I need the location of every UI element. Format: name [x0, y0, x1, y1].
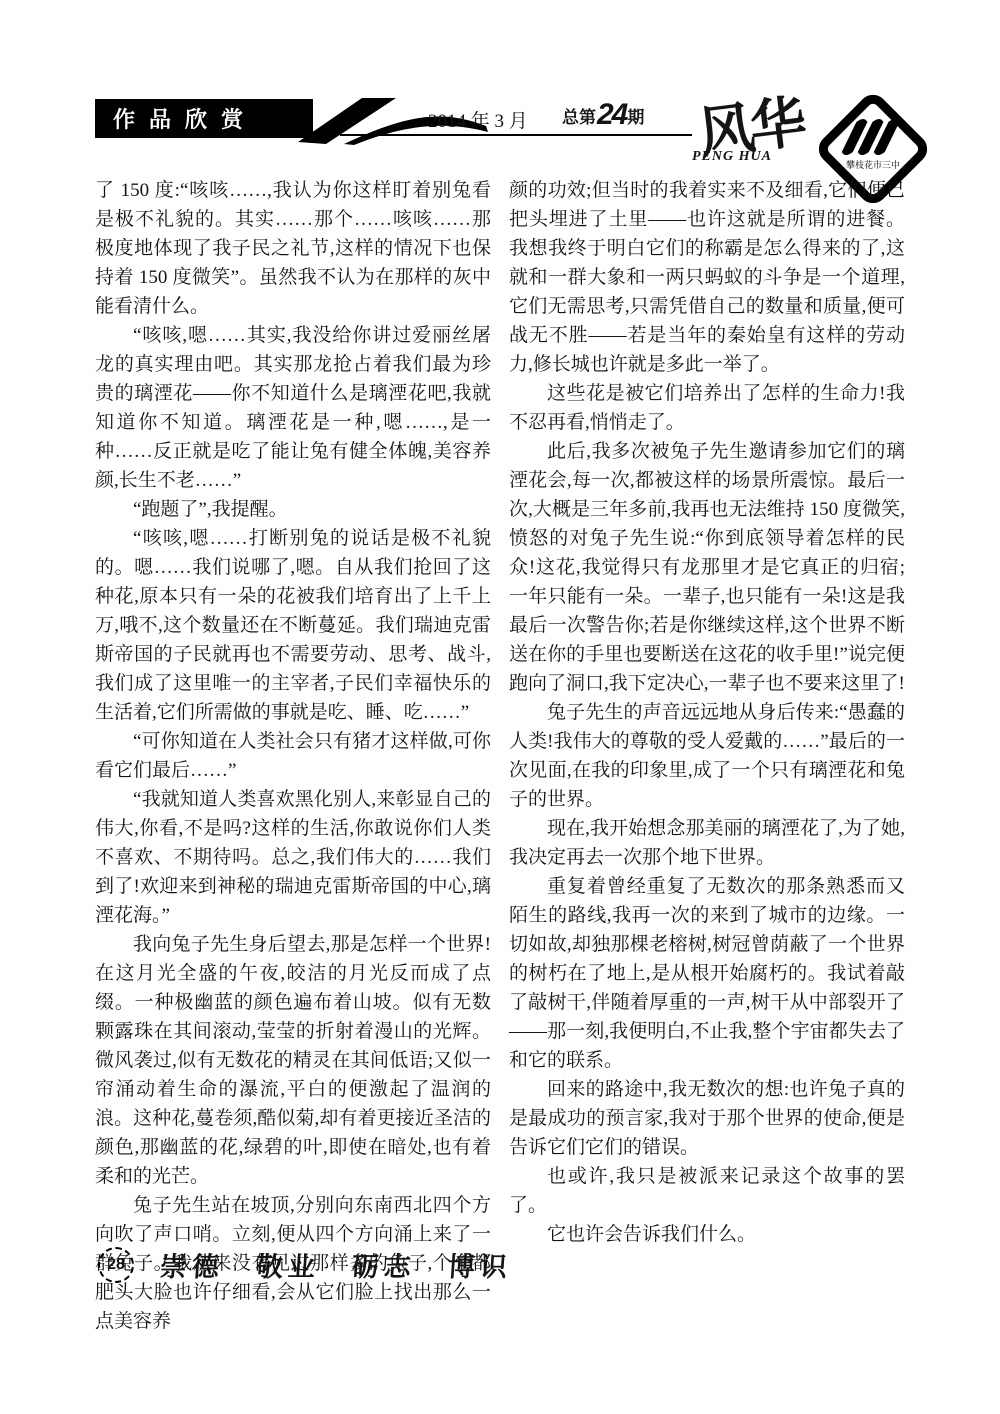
issue-number-group: 总第 24 期 [562, 98, 644, 132]
paragraph: “我就知道人类喜欢黑化别人,来彰显自己的伟大,你看,不是吗?这样的生活,你敢说你… [95, 785, 491, 930]
issue-suffix: 期 [627, 103, 644, 128]
issue-date: 2014 年 3 月 [428, 106, 528, 133]
magazine-page: 作品欣赏 2014 年 3 月 总第 24 期 风华 PENG HUA 攀枝花市… [0, 0, 1000, 1414]
right-column: 颜的功效;但当时的我着实来不及细看,它们便已把头埋进了土里——也许这就是所谓的进… [509, 176, 905, 1336]
page-footer: 28 崇德 敬业 砺志 博识 [98, 1245, 512, 1284]
paragraph: 了 150 度:“咳咳……,我认为你这样盯着别兔看是极不礼貌的。其实……那个……… [95, 176, 491, 321]
issue-prefix: 总第 [562, 103, 596, 128]
paragraph: 此后,我多次被兔子先生邀请参加它们的璃湮花会,每一次,都被这样的场景所震惊。最后… [509, 437, 905, 698]
paragraph: 现在,我开始想念那美丽的璃湮花了,为了她,我决定再去一次那个地下世界。 [509, 814, 905, 872]
paragraph: 也或许,我只是被派来记录这个故事的罢了。 [509, 1162, 905, 1220]
paragraph: “咳咳,嗯……打断别兔的说话是极不礼貌的。嗯……我们说哪了,嗯。自从我们抢回了这… [95, 524, 491, 727]
magazine-logo-pinyin: PENG HUA [692, 149, 772, 165]
issue-number: 24 [597, 98, 626, 132]
paragraph: “咳咳,嗯……其实,我没给你讲过爱丽丝屠龙的真实理由吧。其实那龙抢占着我们最为珍… [95, 321, 491, 495]
paragraph: 它也许会告诉我们什么。 [509, 1220, 905, 1249]
paragraph: 兔子先生的声音远远地从身后传来:“愚蠢的人类!我伟大的尊敬的受人爱戴的……”最后… [509, 698, 905, 814]
section-title: 作品欣赏 [113, 103, 257, 134]
left-column: 了 150 度:“咳咳……,我认为你这样盯着别兔看是极不礼貌的。其实……那个……… [95, 176, 491, 1336]
motto-word: 砺志 [351, 1245, 418, 1284]
school-name: 攀枝花市三中 [846, 159, 900, 170]
paragraph: 重复着曾经重复了无数次的那条熟悉而又陌生的路线,我再一次的来到了城市的边缘。一切… [509, 872, 905, 1075]
motto-word: 崇德 [159, 1245, 226, 1284]
motto-word: 敬业 [255, 1245, 322, 1284]
paragraph: 我向兔子先生身后望去,那是怎样一个世界!在这月光全盛的午夜,皎洁的月光反而成了点… [95, 930, 491, 1191]
paragraph: “可你知道在人类社会只有猪才这样做,可你看它们最后……” [95, 727, 491, 785]
page-number: 28 [107, 1256, 125, 1274]
motto-word: 博识 [447, 1245, 514, 1284]
section-title-banner: 作品欣赏 [95, 99, 313, 138]
page-number-badge: 28 [98, 1247, 134, 1283]
paragraph: 回来的路途中,我无数次的想:也许兔子真的是最成功的预言家,我对于那个世界的使命,… [509, 1075, 905, 1162]
paragraph: 这些花是被它们培养出了怎样的生命力!我不忍再看,悄悄走了。 [509, 379, 905, 437]
paragraph: “跑题了”,我提醒。 [95, 495, 491, 524]
header-rule [340, 134, 692, 136]
paragraph: 颜的功效;但当时的我着实来不及细看,它们便已把头埋进了土里——也许这就是所谓的进… [509, 176, 905, 379]
school-motto: 崇德 敬业 砺志 博识 [159, 1245, 514, 1284]
article-body: 了 150 度:“咳咳……,我认为你这样盯着别兔看是极不礼貌的。其实……那个……… [95, 176, 905, 1336]
